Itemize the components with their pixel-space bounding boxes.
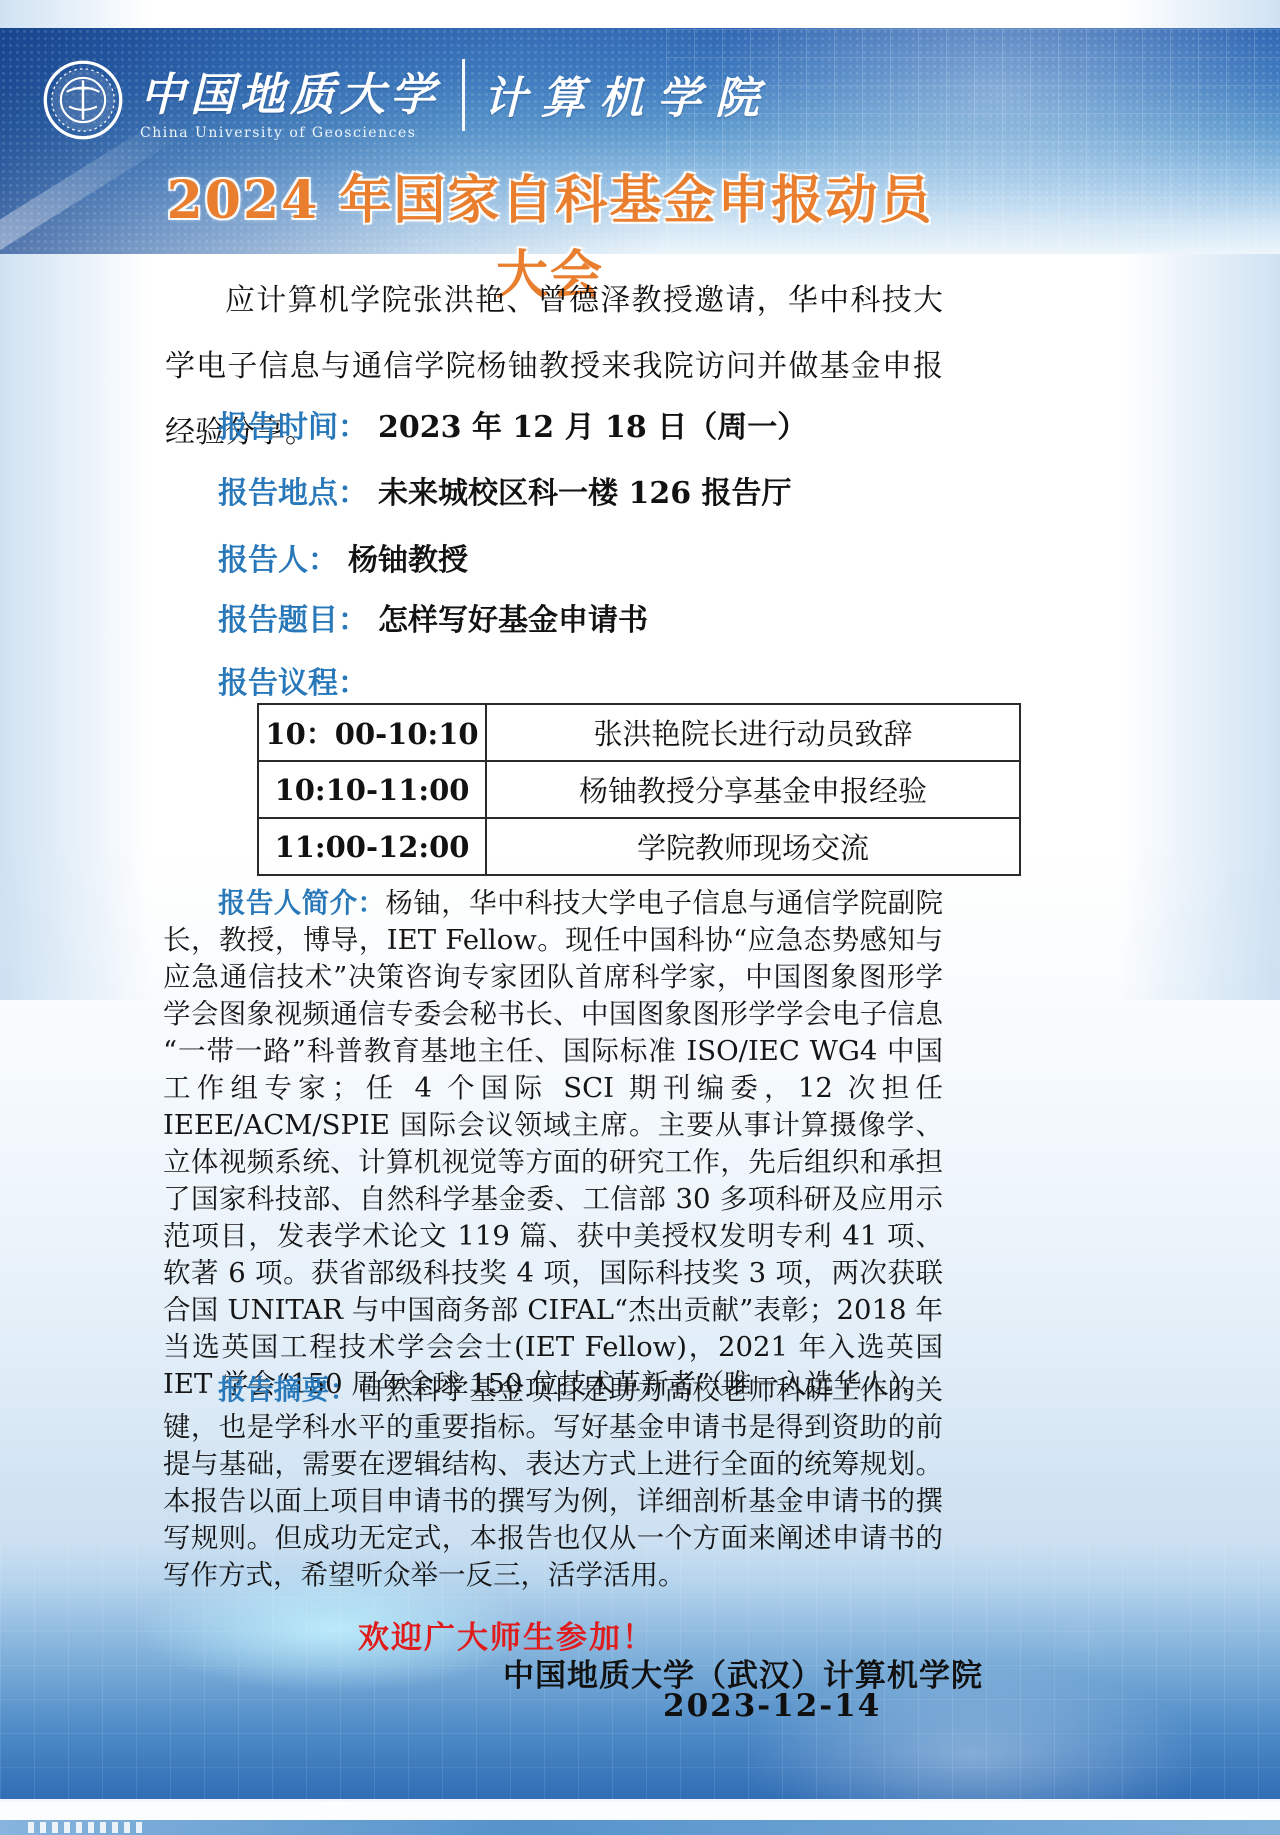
field-report-topic: 报告题目：怎样写好基金申请书 (218, 595, 648, 639)
abstract-text: 自然科学基金项目是助力高校老师科研工作的关键，也是学科水平的重要指标。写好基金申… (163, 1374, 943, 1591)
field-value: 未来城校区科一楼 126 报告厅 (378, 476, 792, 511)
field-value: 怎样写好基金申请书 (378, 603, 648, 638)
field-label: 报告议程： (218, 666, 368, 701)
logo-divider (462, 59, 465, 131)
agenda-item: 学院教师现场交流 (486, 818, 1020, 875)
bio-label: 报告人简介： (218, 887, 385, 919)
decor-bottom-blue-strip (0, 1820, 1280, 1835)
agenda-item: 杨铀教授分享基金申报经验 (486, 761, 1020, 818)
field-value: 2023 年 12 月 18 日（周一） (378, 410, 807, 445)
table-row: 11:00-12:00 学院教师现场交流 (258, 818, 1020, 875)
abstract-label: 报告摘要： (218, 1374, 358, 1406)
speaker-bio: 报告人简介：杨铀，华中科技大学电子信息与通信学院副院长，教授，博导，IET Fe… (163, 885, 943, 1403)
field-label: 报告地点： (218, 476, 368, 511)
agenda-time: 10:10-11:00 (258, 761, 486, 818)
agenda-table: 10：00-10:10 张洪艳院长进行动员致辞 10:10-11:00 杨铀教授… (257, 703, 1021, 876)
field-value: 杨铀教授 (348, 543, 468, 578)
university-logo: 中国地质大学 China University of Geosciences 计… (42, 58, 773, 141)
field-label: 报告人： (218, 543, 338, 578)
field-report-time: 报告时间：2023 年 12 月 18 日（周一） (218, 402, 807, 446)
agenda-label: 报告议程： (218, 658, 368, 702)
table-row: 10：00-10:10 张洪艳院长进行动员致辞 (258, 704, 1020, 761)
table-row: 10:10-11:00 杨铀教授分享基金申报经验 (258, 761, 1020, 818)
decor-bottom-white-strip (0, 1799, 1280, 1820)
report-abstract: 报告摘要：自然科学基金项目是助力高校老师科研工作的关键，也是学科水平的重要指标。… (163, 1372, 943, 1594)
agenda-item: 张洪艳院长进行动员致辞 (486, 704, 1020, 761)
university-name-block: 中国地质大学 China University of Geosciences (140, 58, 440, 141)
university-name-en: China University of Geosciences (140, 125, 440, 141)
field-report-location: 报告地点：未来城校区科一楼 126 报告厅 (218, 468, 792, 512)
decor-checker-pattern (28, 1822, 148, 1833)
date-line: 2023-12-14 (663, 1688, 881, 1724)
field-report-speaker: 报告人：杨铀教授 (218, 535, 468, 579)
college-name: 计算机学院 (483, 62, 773, 126)
university-seal-icon (42, 59, 124, 141)
field-label: 报告题目： (218, 603, 368, 638)
field-label: 报告时间： (218, 410, 368, 445)
bio-text: 杨铀，华中科技大学电子信息与通信学院副院长，教授，博导，IET Fellow。现… (163, 887, 943, 1400)
university-name-cn: 中国地质大学 (140, 58, 440, 123)
poster-page: 中国地质大学 China University of Geosciences 计… (0, 0, 1280, 1835)
agenda-time: 11:00-12:00 (258, 818, 486, 875)
agenda-time: 10：00-10:10 (258, 704, 486, 761)
